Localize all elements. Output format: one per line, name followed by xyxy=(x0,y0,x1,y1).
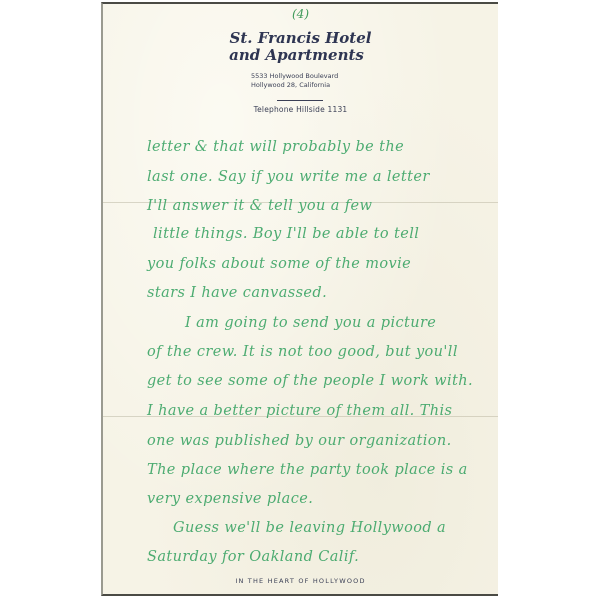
handwritten-line: little things. Boy I'll be able to tell xyxy=(153,226,419,242)
handwritten-line: letter & that will probably be the xyxy=(147,139,404,155)
handwritten-line: stars I have canvassed. xyxy=(147,285,327,301)
document-stage: (4) St. Francis Hotel and Apartments 553… xyxy=(0,0,600,600)
handwritten-line: The place where the party took place is … xyxy=(147,462,468,478)
hotel-name-line1: St. Francis Hotel xyxy=(103,30,498,47)
handwritten-line: I am going to send you a picture xyxy=(185,315,436,331)
hotel-name: St. Francis Hotel and Apartments xyxy=(103,30,498,64)
handwritten-line: last one. Say if you write me a letter xyxy=(147,169,430,185)
telephone-line: Telephone Hillside 1131 xyxy=(103,105,498,114)
hotel-name-line2: and Apartments xyxy=(95,47,498,64)
handwritten-line: very expensive place. xyxy=(147,491,313,507)
letterhead-divider xyxy=(277,100,323,101)
handwritten-line: Saturday for Oakland Calif. xyxy=(147,549,359,565)
handwritten-line: Guess we'll be leaving Hollywood a xyxy=(173,520,446,536)
address-line1: 5533 Hollywood Boulevard xyxy=(251,72,338,81)
handwritten-line: of the crew. It is not too good, but you… xyxy=(147,344,458,360)
address-line2: Hollywood 28, California xyxy=(251,81,338,90)
page-number: (4) xyxy=(103,7,498,21)
handwritten-line: I'll answer it & tell you a few xyxy=(147,198,372,214)
handwritten-line: I have a better picture of them all. Thi… xyxy=(147,403,452,419)
handwritten-line: get to see some of the people I work wit… xyxy=(147,373,473,389)
handwritten-line: one was published by our organization. xyxy=(147,433,452,449)
hotel-address: 5533 Hollywood Boulevard Hollywood 28, C… xyxy=(251,72,338,90)
letterhead-footer: IN THE HEART OF HOLLYWOOD xyxy=(103,577,498,585)
handwritten-line: you folks about some of the movie xyxy=(147,256,411,272)
letter-page: (4) St. Francis Hotel and Apartments 553… xyxy=(101,2,498,596)
